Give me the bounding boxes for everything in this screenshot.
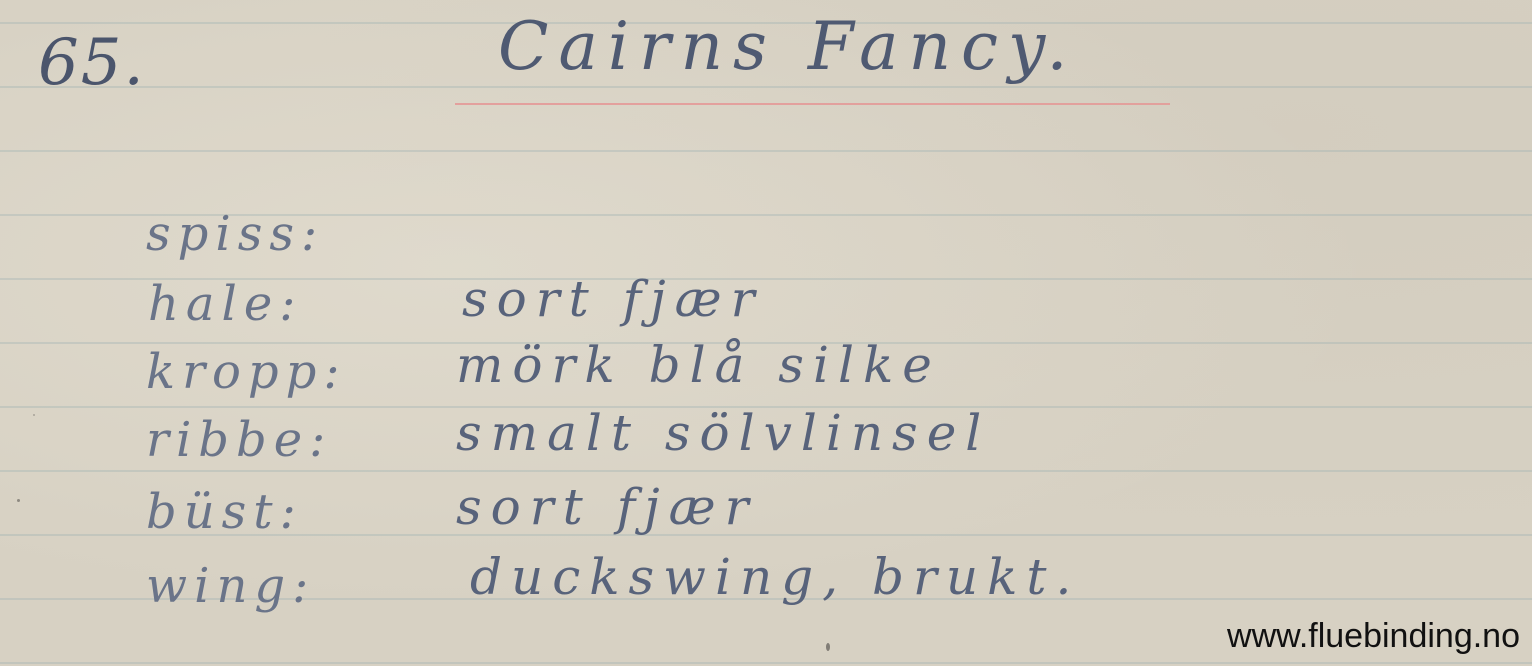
recipe-label-hale: hale: <box>148 276 302 332</box>
ruled-line <box>0 86 1532 88</box>
watermark-url: www.fluebinding.no <box>1227 617 1520 656</box>
notebook-page: 65. Cairns Fancy. spiss: hale: sort fjær… <box>0 0 1532 666</box>
recipe-value-bust: sort fjær <box>456 478 758 536</box>
recipe-label-kropp: kropp: <box>146 344 347 400</box>
page-title: Cairns Fancy. <box>498 8 1078 85</box>
recipe-value-ribbe: smalt sölvlinsel <box>456 404 990 462</box>
recipe-value-kropp: mörk blå silke <box>456 336 941 394</box>
recipe-label-wing: wing: <box>146 558 315 614</box>
title-underline <box>455 103 1170 105</box>
paper-speck <box>33 414 35 416</box>
ruled-line <box>0 150 1532 152</box>
entry-number: 65. <box>38 26 146 100</box>
ruled-line <box>0 662 1532 664</box>
ruled-line <box>0 470 1532 472</box>
recipe-label-ribbe: ribbe: <box>146 412 332 468</box>
recipe-label-spiss: spiss: <box>146 206 324 262</box>
recipe-value-wing: duckswing, brukt. <box>470 548 1080 606</box>
paper-speck <box>826 643 830 651</box>
recipe-value-hale: sort fjær <box>462 270 764 328</box>
recipe-label-bust: büst: <box>146 484 303 540</box>
paper-speck <box>17 499 20 502</box>
